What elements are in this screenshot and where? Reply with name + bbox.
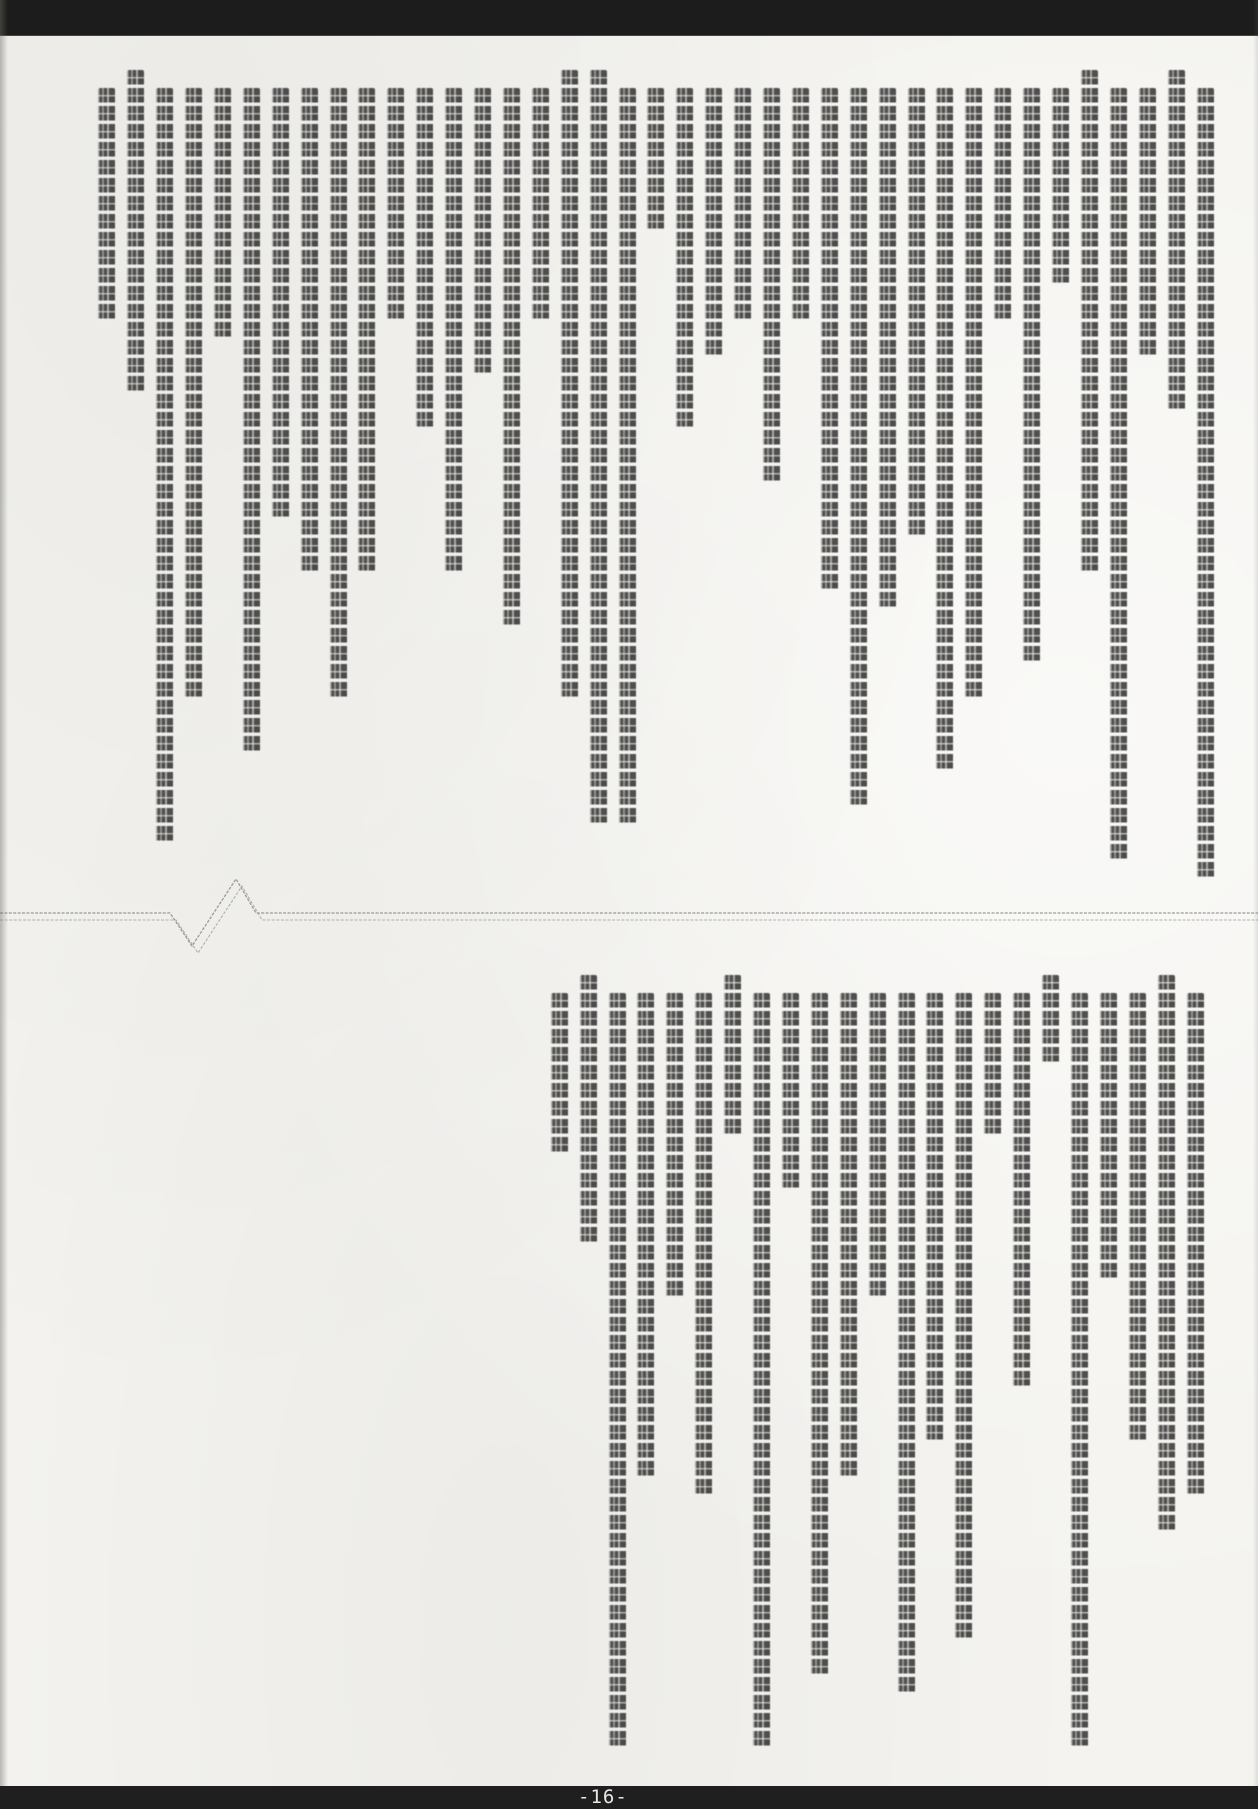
redacted-text-column	[869, 993, 886, 1299]
lower-text-block	[0, 0, 1258, 1809]
redacted-text-column	[580, 975, 597, 1245]
redacted-text-column	[984, 993, 1001, 1137]
redacted-text-column	[782, 993, 799, 1191]
redacted-text-column	[695, 993, 712, 1497]
redacted-text-column	[551, 993, 568, 1155]
page-number: -16-	[578, 1786, 628, 1809]
redacted-text-column	[753, 993, 770, 1749]
redacted-text-column	[609, 993, 626, 1749]
redacted-text-column	[898, 993, 915, 1695]
redacted-text-column	[1013, 993, 1030, 1389]
redacted-text-column	[637, 993, 654, 1479]
redacted-text-column	[811, 993, 828, 1677]
scanned-page: -16-	[0, 0, 1258, 1809]
scan-edge-shadow-left	[0, 0, 8, 1809]
redacted-text-column	[1187, 993, 1204, 1497]
redacted-text-column	[955, 993, 972, 1641]
redacted-text-column	[1129, 993, 1146, 1443]
redacted-text-column	[1100, 993, 1117, 1281]
scan-edge-shadow-right	[1253, 0, 1258, 1809]
redacted-text-column	[926, 993, 943, 1443]
redacted-text-column	[666, 993, 683, 1299]
page-bottom-border: -16-	[0, 1786, 1258, 1809]
redacted-text-column	[840, 993, 857, 1479]
redacted-text-column	[1071, 993, 1088, 1749]
redacted-text-column	[1042, 975, 1059, 1065]
redacted-text-column	[724, 975, 741, 1137]
redacted-text-column	[1158, 975, 1175, 1533]
